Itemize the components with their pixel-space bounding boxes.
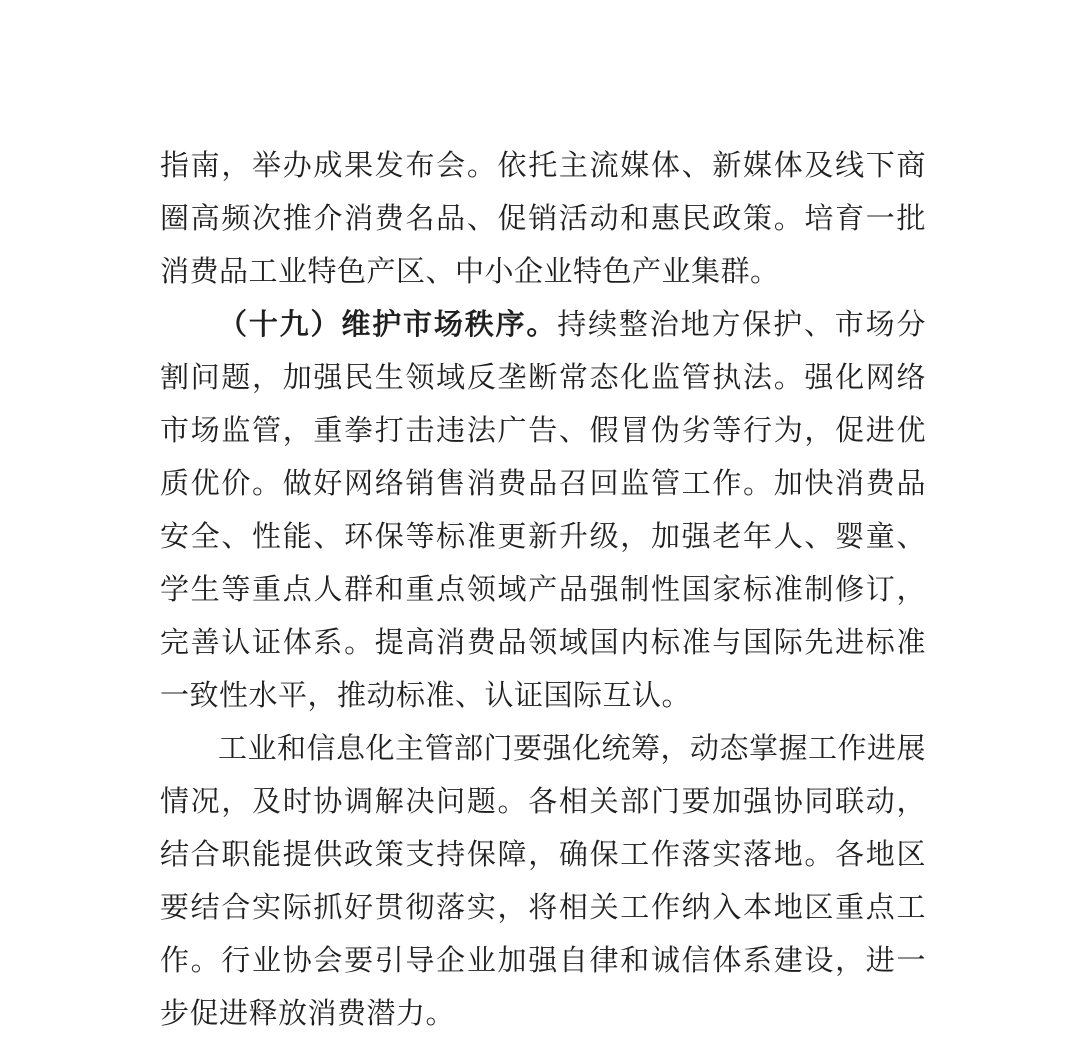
- paragraph-text: 持续整治地方保护、市场分割问题，加强民生领域反垄断常态化监管执法。强化网络市场监…: [160, 309, 926, 712]
- document-text-block: 指南，举办成果发布会。依托主流媒体、新媒体及线下商圈高频次推介消费名品、促销活动…: [160, 140, 926, 1041]
- paragraph-closing: 工业和信息化主管部门要强化统筹，动态掌握工作进展情况，及时协调解决问题。各相关部…: [160, 723, 926, 1041]
- paragraph-continuation: 指南，举办成果发布会。依托主流媒体、新媒体及线下商圈高频次推介消费名品、促销活动…: [160, 140, 926, 299]
- paragraph-text: 指南，举办成果发布会。依托主流媒体、新媒体及线下商圈高频次推介消费名品、促销活动…: [160, 150, 926, 288]
- paragraph-text: 工业和信息化主管部门要强化统筹，动态掌握工作进展情况，及时协调解决问题。各相关部…: [160, 733, 926, 1030]
- paragraph-section-19: （十九）维护市场秩序。持续整治地方保护、市场分割问题，加强民生领域反垄断常态化监…: [160, 299, 926, 723]
- document-page: 指南，举办成果发布会。依托主流媒体、新媒体及线下商圈高频次推介消费名品、促销活动…: [0, 0, 1080, 1046]
- section-heading: （十九）维护市场秩序。: [218, 309, 557, 341]
